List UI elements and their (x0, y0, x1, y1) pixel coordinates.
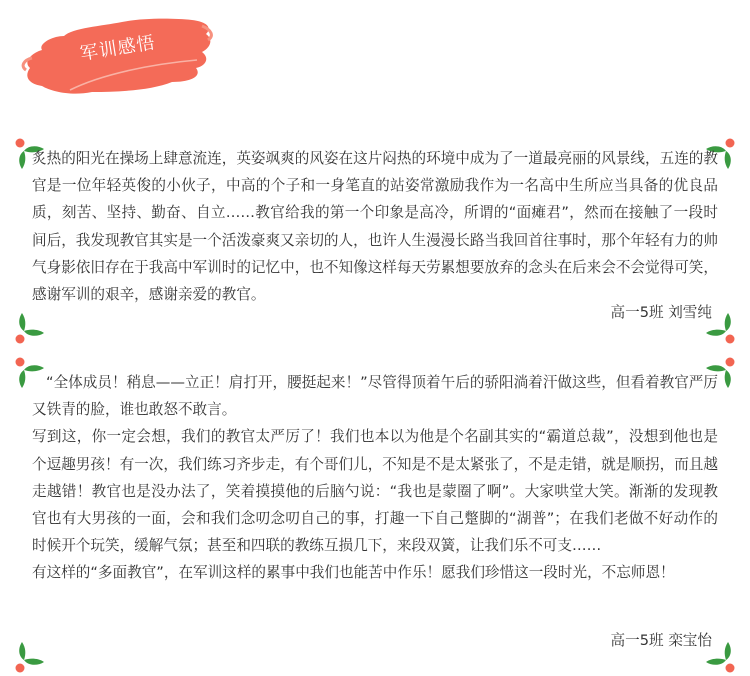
essay-signature: 高一5班 刘雪纯 (611, 301, 713, 322)
holly-corner-bottom-right-icon (704, 313, 736, 345)
essay-card-1: 炙热的阳光在操场上肆意流连，英姿飒爽的风姿在这片闷热的环境中成为了一道最亮丽的风… (0, 135, 750, 340)
essay-paragraph: 炙热的阳光在操场上肆意流连，英姿飒爽的风姿在这片闷热的环境中成为了一道最亮丽的风… (32, 145, 718, 308)
essay-body: 炙热的阳光在操场上肆意流连，英姿飒爽的风姿在这片闷热的环境中成为了一道最亮丽的风… (32, 145, 718, 308)
essay-body: “全体成员！稍息——立正！肩打开，腰挺起来！”尽管得顶着午后的骄阳淌着汗做这些，… (32, 369, 718, 587)
essay-paragraph: “全体成员！稍息——立正！肩打开，腰挺起来！”尽管得顶着午后的骄阳淌着汗做这些，… (32, 369, 718, 423)
essay-card-2: “全体成员！稍息——立正！肩打开，腰挺起来！”尽管得顶着午后的骄阳淌着汗做这些，… (0, 352, 750, 676)
holly-corner-bottom-right-icon (704, 642, 736, 674)
holly-corner-bottom-left-icon (14, 313, 46, 345)
essay-paragraph: 写到这，你一定会想，我们的教官太严厉了！我们也本以为他是个名副其实的“霸道总裁”… (32, 423, 718, 559)
holly-corner-bottom-left-icon (14, 642, 46, 674)
section-banner: 军训感悟 (12, 6, 222, 96)
essay-signature: 高一5班 栾宝怡 (611, 629, 713, 650)
essay-paragraph: 有这样的“多面教官”，在军训这样的累事中我们也能苦中作乐！愿我们珍惜这一段时光，… (32, 559, 718, 586)
